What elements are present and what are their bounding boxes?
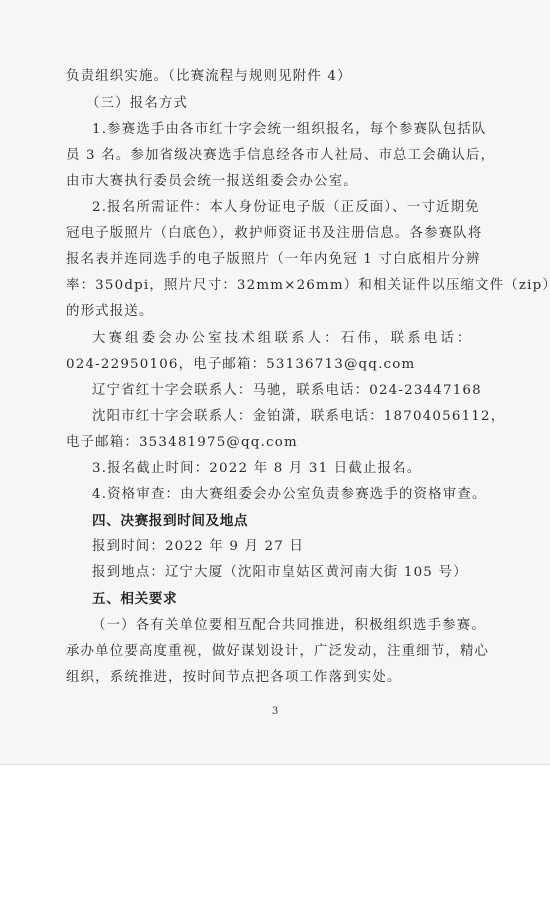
text-line: 员 3 名。参加省级决赛选手信息经各市人社局、市总工会确认后， [66,147,495,165]
text-line: 3.报名截止时间：2022 年 8 月 31 日截止报名。 [92,460,421,478]
text-line: 冠电子版照片（白底色），救护师资证书及注册信息。各参赛队将 [66,225,482,243]
page-number: 3 [0,706,550,717]
text-line: 辽宁省红十字会联系人：马驰，联系电话：024-23447168 [92,382,482,400]
text-line: （一）各有关单位要相互配合共同推进，积极组织选手参赛。 [92,617,486,635]
text-line: 4.资格审查：由大赛组委会办公室负责参赛选手的资格审查。 [92,486,487,504]
text-line: 负责组织实施。（比赛流程与规则见附件 4） [66,68,352,86]
text-line: 报到地点：辽宁大厦（沈阳市皇姑区黄河南大街 105 号） [92,564,468,582]
section-heading: 五、相关要求 [92,590,177,608]
text-line: 024-22950106，电子邮箱：53136713@qq.com [66,356,415,374]
text-line: 2.报名所需证件：本人身份证电子版（正反面）、一寸近期免 [92,199,480,217]
section-heading: 四、决赛报到时间及地点 [92,512,248,530]
text-line: 1.参赛选手由各市红十字会统一组织报名，每个参赛队包括队 [92,121,487,139]
text-line: 报到时间：2022 年 9 月 27 日 [92,538,304,556]
text-line: 率：350dpi，照片尺寸：32mm×26mm）和相关证件以压缩文件（zip） [66,277,550,295]
text-line: 沈阳市红十字会联系人：金铂潇，联系电话：18704056112， [92,408,505,426]
section-subheading: （三）报名方式 [86,95,188,113]
text-line: 承办单位要高度重视，做好谋划设计，广泛发动，注重细节，精心 [66,643,489,661]
text-line: 电子邮箱：353481975@qq.com [66,434,298,452]
text-line: 大赛组委会办公室技术组联系人：石伟，联系电话： [92,330,474,348]
text-line: 组织，系统推进，按时间节点把各项工作落到实处。 [66,669,402,687]
document-page: 负责组织实施。（比赛流程与规则见附件 4） （三）报名方式 1.参赛选手由各市红… [0,0,550,765]
text-line: 报名表并连同选手的电子版照片（一年内免冠 1 寸白底相片分辨 [66,251,481,269]
text-line: 由市大赛执行委员会统一报送组委会办公室。 [66,173,358,191]
text-line: 的形式报送。 [66,303,154,321]
